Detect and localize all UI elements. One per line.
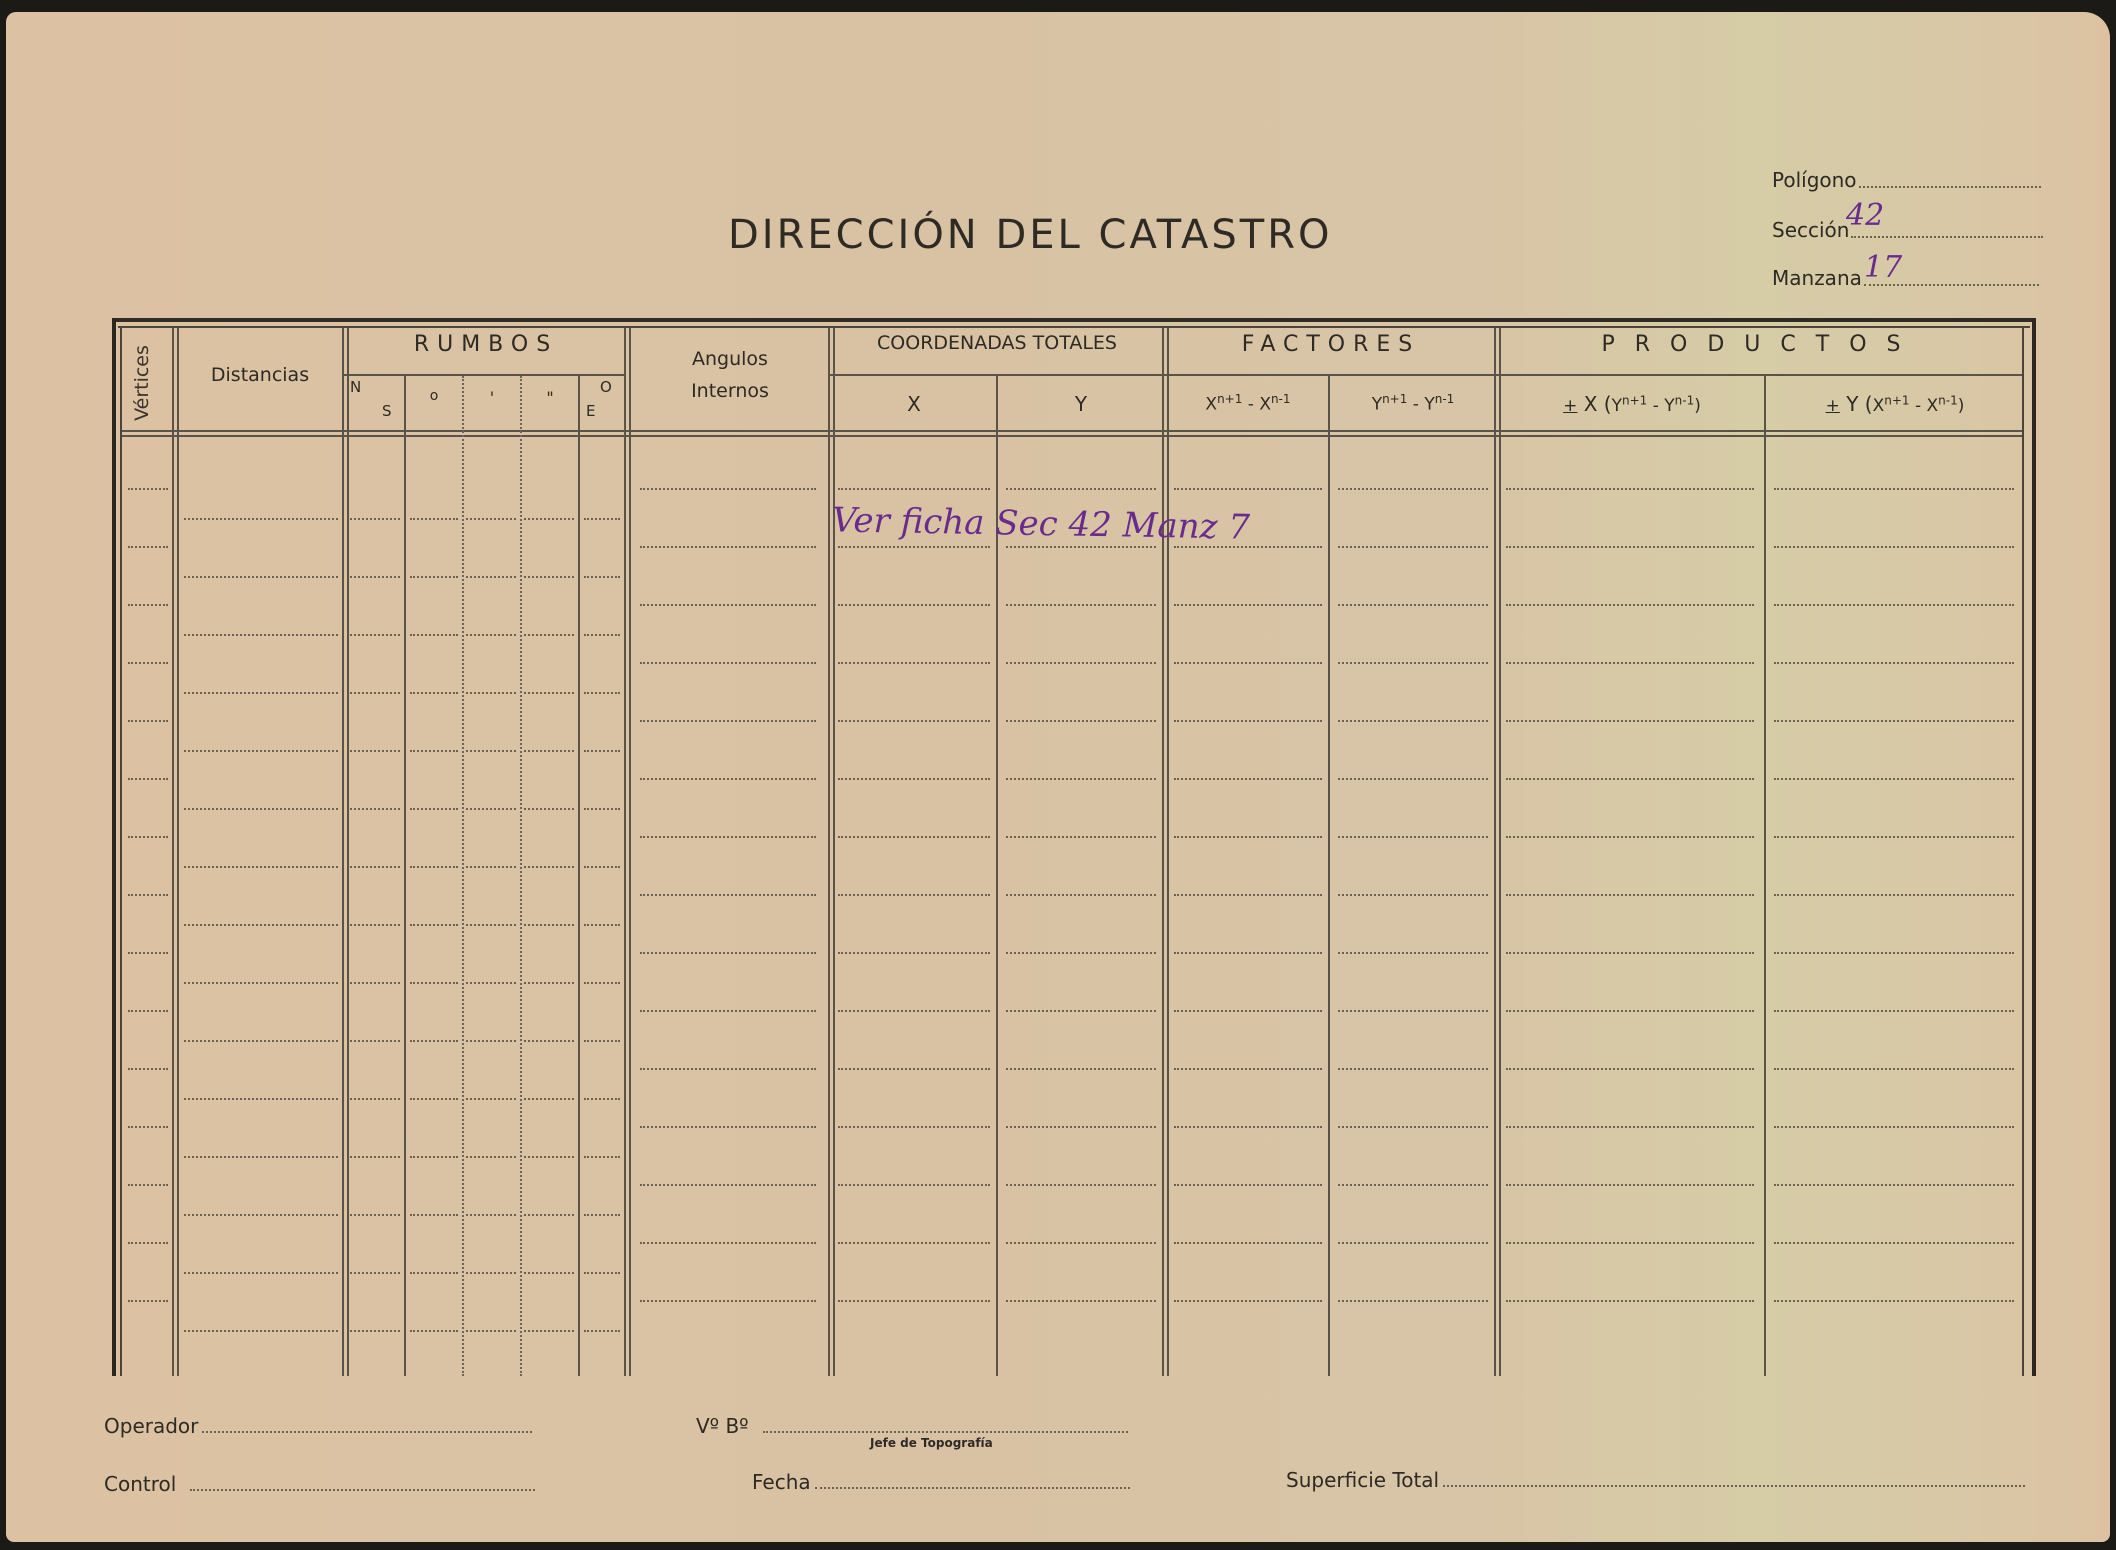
entry-line[interactable] <box>524 1214 574 1216</box>
entry-line[interactable] <box>584 692 620 694</box>
entry-line[interactable] <box>1506 720 1754 722</box>
entry-line[interactable] <box>184 982 338 984</box>
entry-line[interactable] <box>1506 1068 1754 1070</box>
fecha-field[interactable]: Fecha <box>752 1470 1130 1494</box>
entry-line[interactable] <box>1006 1010 1156 1012</box>
entry-line[interactable] <box>524 634 574 636</box>
entry-line[interactable] <box>128 488 168 490</box>
entry-line[interactable] <box>838 1300 990 1302</box>
entry-line[interactable] <box>584 518 620 520</box>
entry-line[interactable] <box>184 750 338 752</box>
handwritten-note: Ver ficha Sec 42 Manz 7 <box>832 500 1251 547</box>
entry-line[interactable] <box>1006 546 1156 548</box>
entry-line[interactable] <box>640 1068 816 1070</box>
entry-line[interactable] <box>128 894 168 896</box>
table-border-top-inner <box>118 326 2030 328</box>
entry-line[interactable] <box>350 1272 400 1274</box>
entry-line[interactable] <box>838 952 990 954</box>
vobo-input-line[interactable] <box>763 1431 1128 1433</box>
entry-line[interactable] <box>410 1156 458 1158</box>
entry-line[interactable] <box>410 1098 458 1100</box>
entry-line[interactable] <box>1774 1126 2014 1128</box>
entry-line[interactable] <box>1338 1010 1488 1012</box>
entry-line[interactable] <box>584 1330 620 1332</box>
entry-line[interactable] <box>584 982 620 984</box>
col-divider-angulos <box>828 328 830 1376</box>
operador-label: Operador <box>104 1414 198 1438</box>
entry-line[interactable] <box>640 604 816 606</box>
header-vertices: Vértices <box>122 338 162 428</box>
entry-line[interactable] <box>1174 720 1322 722</box>
entry-line[interactable] <box>1174 1184 1322 1186</box>
entry-line[interactable] <box>524 1272 574 1274</box>
col-divider-deg <box>462 376 464 1376</box>
entry-line[interactable] <box>524 808 574 810</box>
entry-line[interactable] <box>1338 1242 1488 1244</box>
entry-line[interactable] <box>410 634 458 636</box>
entry-line[interactable] <box>184 1330 338 1332</box>
header-coord-x: X <box>832 392 996 416</box>
col-divider-sec <box>578 376 580 1376</box>
rumbos-n: N <box>350 378 361 396</box>
entry-line[interactable] <box>1506 546 1754 548</box>
poligono-label: Polígono <box>1772 168 1857 192</box>
entry-line[interactable] <box>838 1184 990 1186</box>
superficie-total-label: Superficie Total <box>1286 1468 1439 1492</box>
entry-line[interactable] <box>1506 952 1754 954</box>
poligono-input-line[interactable] <box>1859 186 2041 188</box>
header-factor-y: Yn+1 - Yn-1 <box>1332 392 1494 415</box>
entry-line[interactable] <box>350 576 400 578</box>
entry-line[interactable] <box>1174 1010 1322 1012</box>
seccion-label: Sección <box>1772 218 1849 242</box>
entry-line[interactable] <box>1174 1242 1322 1244</box>
entry-line[interactable] <box>466 1156 516 1158</box>
entry-line[interactable] <box>838 1242 990 1244</box>
entry-line[interactable] <box>1506 836 1754 838</box>
entry-line[interactable] <box>1174 836 1322 838</box>
entry-line[interactable] <box>584 1272 620 1274</box>
entry-line[interactable] <box>410 1040 458 1042</box>
entry-line[interactable] <box>350 1098 400 1100</box>
header-productos: PRODUCTOS <box>1500 332 2022 357</box>
entry-line[interactable] <box>1774 1068 2014 1070</box>
manzana-field[interactable]: Manzana <box>1772 266 2039 290</box>
entry-line[interactable] <box>524 576 574 578</box>
entry-line[interactable] <box>640 1010 816 1012</box>
entry-line[interactable] <box>466 518 516 520</box>
header-producto-y: + Y (Xn+1 - Xn-1) <box>1768 392 2022 416</box>
entry-line[interactable] <box>410 750 458 752</box>
seccion-input-line[interactable] <box>1851 236 2043 238</box>
entry-line[interactable] <box>1774 488 2014 490</box>
entry-line[interactable] <box>410 1214 458 1216</box>
superficie-total-input-line[interactable] <box>1443 1485 2025 1487</box>
entry-line[interactable] <box>184 1156 338 1158</box>
col-divider-coordenadas <box>1162 328 1164 1376</box>
manzana-value: 17 <box>1864 250 1902 285</box>
entry-line[interactable] <box>410 1272 458 1274</box>
entry-line[interactable] <box>1174 1300 1322 1302</box>
fecha-input-line[interactable] <box>815 1487 1130 1489</box>
entry-line[interactable] <box>128 1242 168 1244</box>
header-distancias: Distancias <box>180 364 340 386</box>
entry-line[interactable] <box>524 924 574 926</box>
entry-line[interactable] <box>584 634 620 636</box>
entry-line[interactable] <box>410 982 458 984</box>
entry-line[interactable] <box>466 634 516 636</box>
entry-line[interactable] <box>350 692 400 694</box>
entry-line[interactable] <box>466 692 516 694</box>
entry-line[interactable] <box>838 720 990 722</box>
entry-line[interactable] <box>1338 488 1488 490</box>
vobo-caption: Jefe de Topografía <box>870 1436 993 1450</box>
entry-line[interactable] <box>1774 546 2014 548</box>
entry-line[interactable] <box>838 1126 990 1128</box>
poligono-field[interactable]: Polígono <box>1772 168 2041 192</box>
entry-line[interactable] <box>1338 1126 1488 1128</box>
entry-line[interactable] <box>128 1126 168 1128</box>
rumbos-degrees: o <box>408 388 460 404</box>
entry-line[interactable] <box>184 576 338 578</box>
table-border-left-inner <box>120 326 122 1376</box>
entry-line[interactable] <box>838 604 990 606</box>
entry-line[interactable] <box>350 808 400 810</box>
entry-line[interactable] <box>524 1098 574 1100</box>
entry-line[interactable] <box>1174 778 1322 780</box>
entry-line[interactable] <box>584 1214 620 1216</box>
operador-input-line[interactable] <box>202 1431 532 1433</box>
entry-line[interactable] <box>1506 1010 1754 1012</box>
rumbos-divider <box>344 374 624 376</box>
entry-line[interactable] <box>1006 1242 1156 1244</box>
entry-line[interactable] <box>1774 1184 2014 1186</box>
entry-line[interactable] <box>1506 1242 1754 1244</box>
entry-line[interactable] <box>1506 778 1754 780</box>
entry-line[interactable] <box>410 518 458 520</box>
entry-line[interactable] <box>1338 546 1488 548</box>
entry-line[interactable] <box>466 982 516 984</box>
entry-line[interactable] <box>1338 778 1488 780</box>
entry-line[interactable] <box>128 952 168 954</box>
entry-line[interactable] <box>1506 488 1754 490</box>
entry-line[interactable] <box>128 720 168 722</box>
entry-line[interactable] <box>466 1040 516 1042</box>
col-divider-factores <box>1494 328 1496 1376</box>
entry-line[interactable] <box>640 488 816 490</box>
header-angulos: Angulos <box>632 348 828 370</box>
entry-line[interactable] <box>350 518 400 520</box>
control-input-line[interactable] <box>190 1489 535 1491</box>
entry-line[interactable] <box>838 1010 990 1012</box>
entry-line[interactable] <box>640 1184 816 1186</box>
rumbos-e: E <box>586 402 595 420</box>
header-factor-x: Xn+1 - Xn-1 <box>1168 392 1328 415</box>
entry-line[interactable] <box>184 634 338 636</box>
entry-line[interactable] <box>838 1068 990 1070</box>
entry-line[interactable] <box>1506 1126 1754 1128</box>
col-divider-rumbos <box>624 328 626 1376</box>
productos-divider <box>1500 374 2022 376</box>
entry-line[interactable] <box>640 1242 816 1244</box>
entry-line[interactable] <box>350 866 400 868</box>
entry-line[interactable] <box>466 1214 516 1216</box>
entry-line[interactable] <box>1174 604 1322 606</box>
entry-line[interactable] <box>838 894 990 896</box>
entry-line[interactable] <box>584 1156 620 1158</box>
col-divider-factor-x <box>1328 376 1330 1376</box>
entry-line[interactable] <box>184 924 338 926</box>
entry-line[interactable] <box>1506 894 1754 896</box>
entry-line[interactable] <box>410 576 458 578</box>
entry-line[interactable] <box>410 866 458 868</box>
entry-line[interactable] <box>466 924 516 926</box>
rumbos-minutes: ' <box>466 388 518 407</box>
table-border-right <box>2032 318 2036 1376</box>
entry-line[interactable] <box>466 1098 516 1100</box>
entry-line[interactable] <box>1338 1184 1488 1186</box>
entry-line[interactable] <box>1174 952 1322 954</box>
entry-line[interactable] <box>1774 1010 2014 1012</box>
entry-line[interactable] <box>1174 662 1322 664</box>
entry-line[interactable] <box>350 924 400 926</box>
coordenadas-divider <box>830 374 1166 376</box>
entry-line[interactable] <box>184 692 338 694</box>
entry-line[interactable] <box>1174 1126 1322 1128</box>
entry-line[interactable] <box>1506 662 1754 664</box>
entry-line[interactable] <box>184 1214 338 1216</box>
entry-line[interactable] <box>350 1214 400 1216</box>
entry-line[interactable] <box>350 1330 400 1332</box>
entry-line[interactable] <box>1006 1068 1156 1070</box>
entry-line[interactable] <box>1506 1184 1754 1186</box>
entry-line[interactable] <box>838 488 990 490</box>
seccion-value: 42 <box>1846 198 1884 233</box>
entry-line[interactable] <box>1006 720 1156 722</box>
entry-line[interactable] <box>466 576 516 578</box>
entry-line[interactable] <box>128 604 168 606</box>
entry-line[interactable] <box>584 808 620 810</box>
entry-line[interactable] <box>838 778 990 780</box>
entry-line[interactable] <box>466 1330 516 1332</box>
entry-line[interactable] <box>584 1098 620 1100</box>
entry-line[interactable] <box>524 1040 574 1042</box>
entry-line[interactable] <box>410 1330 458 1332</box>
entry-line[interactable] <box>1338 604 1488 606</box>
coordinates-table: Vértices Distancias RUMBOS N S o ' " O E… <box>112 318 2036 1378</box>
entry-line[interactable] <box>1774 778 2014 780</box>
entry-line[interactable] <box>350 1156 400 1158</box>
table-border-top <box>112 318 2036 322</box>
entry-line[interactable] <box>1774 1300 2014 1302</box>
entry-line[interactable] <box>1774 662 2014 664</box>
entry-line[interactable] <box>584 1040 620 1042</box>
header-bottom-rule <box>122 430 2022 432</box>
entry-line[interactable] <box>1338 1068 1488 1070</box>
entry-line[interactable] <box>640 720 816 722</box>
seccion-field[interactable]: Sección <box>1772 218 2043 242</box>
entry-line[interactable] <box>410 692 458 694</box>
entry-line[interactable] <box>466 750 516 752</box>
entry-line[interactable] <box>640 894 816 896</box>
entry-line[interactable] <box>640 1126 816 1128</box>
entry-line[interactable] <box>838 662 990 664</box>
entry-line[interactable] <box>838 546 990 548</box>
entry-line[interactable] <box>1338 894 1488 896</box>
col-divider-vertices <box>172 328 174 1376</box>
entry-line[interactable] <box>1774 894 2014 896</box>
entry-line[interactable] <box>640 546 816 548</box>
rumbos-s: S <box>382 402 392 420</box>
entry-line[interactable] <box>1338 952 1488 954</box>
entry-line[interactable] <box>1338 836 1488 838</box>
entry-line[interactable] <box>1774 836 2014 838</box>
entry-line[interactable] <box>1774 720 2014 722</box>
rumbos-seconds: " <box>524 388 576 407</box>
table-border-left <box>112 318 116 1376</box>
header-internos: Internos <box>632 380 828 402</box>
entry-line[interactable] <box>410 924 458 926</box>
entry-line[interactable] <box>1174 894 1322 896</box>
entry-line[interactable] <box>584 924 620 926</box>
entry-line[interactable] <box>1506 1300 1754 1302</box>
header-coord-y: Y <box>1000 392 1162 416</box>
entry-line[interactable] <box>350 982 400 984</box>
header-rumbos: RUMBOS <box>348 332 624 357</box>
entry-line[interactable] <box>1338 662 1488 664</box>
entry-line[interactable] <box>524 518 574 520</box>
header-factores: FACTORES <box>1168 332 1494 357</box>
entry-line[interactable] <box>184 1040 338 1042</box>
rumbos-o: O <box>600 378 612 396</box>
header-coordenadas: COORDENADAS TOTALES <box>832 332 1162 354</box>
col-divider-min <box>520 376 522 1376</box>
entry-line[interactable] <box>128 836 168 838</box>
entry-line[interactable] <box>1174 1068 1322 1070</box>
control-field[interactable]: Control <box>104 1472 535 1496</box>
entry-line[interactable] <box>640 1300 816 1302</box>
entry-line[interactable] <box>128 1068 168 1070</box>
entry-line[interactable] <box>466 866 516 868</box>
entry-line[interactable] <box>1006 952 1156 954</box>
entry-line[interactable] <box>1338 1300 1488 1302</box>
entry-line[interactable] <box>838 836 990 838</box>
entry-line[interactable] <box>584 750 620 752</box>
entry-line[interactable] <box>524 1330 574 1332</box>
entry-line[interactable] <box>1774 952 2014 954</box>
entry-line[interactable] <box>640 836 816 838</box>
header-producto-x: + X (Yn+1 - Yn-1) <box>1500 392 1764 416</box>
entry-line[interactable] <box>128 778 168 780</box>
vobo-label: Vº Bº <box>696 1414 749 1438</box>
entry-line[interactable] <box>1774 604 2014 606</box>
factores-divider <box>1166 374 1500 376</box>
entry-line[interactable] <box>584 866 620 868</box>
entry-line[interactable] <box>466 808 516 810</box>
entry-line[interactable] <box>1338 720 1488 722</box>
entry-line[interactable] <box>524 750 574 752</box>
entry-line[interactable] <box>1006 894 1156 896</box>
entry-line[interactable] <box>1006 1300 1156 1302</box>
operador-field[interactable]: Operador <box>104 1414 532 1438</box>
entry-line[interactable] <box>184 1272 338 1274</box>
entry-line[interactable] <box>1006 662 1156 664</box>
entry-line[interactable] <box>1006 488 1156 490</box>
entry-line[interactable] <box>350 634 400 636</box>
entry-line[interactable] <box>1006 1184 1156 1186</box>
entry-line[interactable] <box>640 952 816 954</box>
col-divider-ns <box>404 376 406 1376</box>
entry-line[interactable] <box>640 778 816 780</box>
entry-line[interactable] <box>128 1184 168 1186</box>
manzana-label: Manzana <box>1772 266 1862 290</box>
entry-line[interactable] <box>584 576 620 578</box>
entry-line[interactable] <box>524 1156 574 1158</box>
table-border-right-inner <box>2022 326 2024 1376</box>
entry-line[interactable] <box>1006 836 1156 838</box>
entry-line[interactable] <box>184 808 338 810</box>
entry-line[interactable] <box>128 662 168 664</box>
entry-line[interactable] <box>1506 604 1754 606</box>
entry-line[interactable] <box>1774 1242 2014 1244</box>
fecha-label: Fecha <box>752 1470 811 1494</box>
col-divider-producto-x <box>1764 376 1766 1376</box>
entry-line[interactable] <box>640 662 816 664</box>
control-label: Control <box>104 1472 176 1496</box>
entry-line[interactable] <box>466 1272 516 1274</box>
vobo-field[interactable]: Vº Bº <box>696 1414 1128 1438</box>
entry-line[interactable] <box>128 546 168 548</box>
cadastre-form-sheet: DIRECCIÓN DEL CATASTRO Polígono Sección … <box>6 12 2110 1542</box>
superficie-total-field[interactable]: Superficie Total <box>1286 1468 2025 1492</box>
entry-line[interactable] <box>524 692 574 694</box>
col-divider-distancias <box>342 328 344 1376</box>
entry-line[interactable] <box>350 1040 400 1042</box>
entry-line[interactable] <box>1006 778 1156 780</box>
entry-line[interactable] <box>524 866 574 868</box>
entry-line[interactable] <box>184 518 338 520</box>
page-title: DIRECCIÓN DEL CATASTRO <box>728 212 1428 258</box>
entry-line[interactable] <box>184 1098 338 1100</box>
entry-line[interactable] <box>350 750 400 752</box>
entry-line[interactable] <box>524 982 574 984</box>
entry-line[interactable] <box>1006 604 1156 606</box>
entry-line[interactable] <box>1174 488 1322 490</box>
entry-line[interactable] <box>184 866 338 868</box>
entry-line[interactable] <box>1006 1126 1156 1128</box>
entry-line[interactable] <box>410 808 458 810</box>
entry-line[interactable] <box>128 1010 168 1012</box>
entry-line[interactable] <box>128 1300 168 1302</box>
